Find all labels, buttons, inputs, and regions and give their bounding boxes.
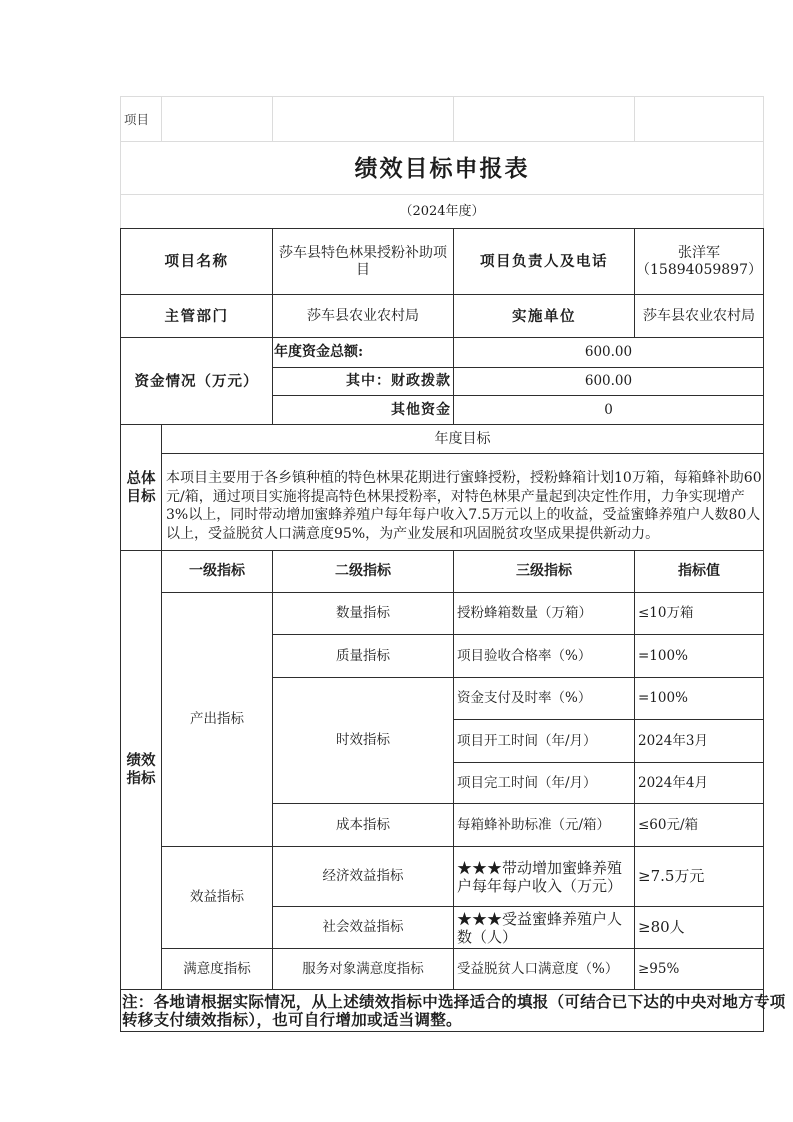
column-header-level3: 三级指标 — [453, 550, 635, 593]
level1-label: 满意度指标 — [183, 961, 251, 978]
indicator-value: ≥80人 — [638, 919, 685, 936]
indicators-label-cell: 绩效指标 — [120, 550, 162, 990]
level2-label: 质量指标 — [336, 648, 390, 665]
project-name-cell: 莎车县特色林果授粉补助项目 — [272, 228, 454, 295]
level3-cell: 受益脱贫人口满意度（%） — [453, 948, 635, 990]
owner-phone: （15894059897） — [636, 262, 762, 279]
funding-fiscal-label-cell: 其中：财政拨款 — [272, 367, 454, 396]
level1-benefit: 效益指标 — [161, 846, 273, 949]
title-cell: 绩效目标申报表 — [120, 141, 764, 195]
level3-cell: 项目验收合格率（%） — [453, 634, 635, 678]
level3-label: 每箱蜂补助标准（元/箱） — [457, 817, 610, 834]
indicator-value-cell: ≤60元/箱 — [634, 803, 764, 847]
implementer-cell: 莎车县农业农村局 — [634, 294, 764, 338]
goal-header: 年度目标 — [435, 431, 491, 448]
indicator-value: 2024年4月 — [638, 775, 708, 792]
funding-total-label: 年度资金总额: — [274, 344, 363, 361]
goal-label: 总体目标 — [126, 470, 156, 506]
level3-label: 项目完工时间（年/月） — [457, 775, 597, 792]
empty-cell — [453, 96, 635, 142]
level2-label: 数量指标 — [336, 605, 390, 622]
level1-label: 产出指标 — [190, 711, 244, 728]
level3-cell: ★★★带动增加蜜蜂养殖户每年每户收入（万元） — [453, 846, 635, 907]
empty-cell — [634, 96, 764, 142]
empty-cell — [272, 96, 454, 142]
footnote-cell: 注：各地请根据实际情况，从上述绩效指标中选择适合的填报（可结合已下达的中央对地方… — [120, 989, 764, 1032]
project-name-label: 项目名称 — [165, 253, 229, 270]
department-label: 主管部门 — [165, 308, 229, 325]
indicator-value-cell: ≥95% — [634, 948, 764, 990]
level2-quality: 质量指标 — [272, 634, 454, 678]
level1-label: 效益指标 — [190, 889, 244, 906]
level3-label: 受益脱贫人口满意度（%） — [457, 961, 618, 978]
level2-timeliness: 时效指标 — [272, 677, 454, 804]
level3-label: 项目验收合格率（%） — [457, 648, 591, 665]
indicator-value-cell: =100% — [634, 634, 764, 678]
level2-quantity: 数量指标 — [272, 592, 454, 635]
project-label: 项目 — [124, 111, 149, 128]
level3-cell: ★★★受益蜜蜂养殖户人数（人） — [453, 906, 635, 949]
owner-name: 张洋军 — [678, 245, 720, 262]
level2-label: 服务对象满意度指标 — [302, 961, 424, 978]
funding-fiscal-label: 其中：财政拨款 — [346, 373, 451, 390]
goal-text-line: 元/箱，通过项目实施将提高特色林果授粉率，对特色林果产量起到决定性作用，力争实现… — [166, 488, 745, 507]
page-title: 绩效目标申报表 — [355, 160, 530, 177]
level3-label: 项目开工时间（年/月） — [457, 733, 597, 750]
column-header-label: 一级指标 — [189, 563, 245, 580]
empty-cell — [161, 96, 273, 142]
goal-text-line: 本项目主要用于各乡镇种植的特色林果花期进行蜜蜂授粉，授粉蜂箱计划10万箱，每箱蜂… — [166, 469, 762, 488]
level3-cell: 项目开工时间（年/月） — [453, 719, 635, 763]
indicator-value-cell: ≥7.5万元 — [634, 846, 764, 907]
funding-fiscal-value: 600.00 — [585, 373, 632, 390]
level3-label: 资金支付及时率（%） — [457, 690, 591, 707]
level2-label: 经济效益指标 — [323, 868, 404, 885]
column-header-level1: 一级指标 — [161, 550, 273, 593]
column-header-level2: 二级指标 — [272, 550, 454, 593]
owner-label: 项目负责人及电话 — [480, 253, 608, 270]
indicator-value-cell: 2024年3月 — [634, 719, 764, 763]
goal-text-line: 以上，受益脱贫人口满意度95%，为产业发展和巩固脱贫攻坚成果提供新动力。 — [166, 525, 659, 544]
level3-label: ★★★受益蜜蜂养殖户人数（人） — [457, 910, 628, 946]
level2-label: 成本指标 — [336, 817, 390, 834]
indicator-value: ≥95% — [638, 961, 679, 978]
project-label-cell: 项目 — [120, 96, 162, 142]
indicator-value-cell: ≥80人 — [634, 906, 764, 949]
indicator-value-cell: ≤10万箱 — [634, 592, 764, 635]
project-name-label-cell: 项目名称 — [120, 228, 273, 295]
subtitle-cell: （2024年度） — [120, 194, 764, 229]
level2-service-satisfaction: 服务对象满意度指标 — [272, 948, 454, 990]
level2-social: 社会效益指标 — [272, 906, 454, 949]
column-header-value: 指标值 — [634, 550, 764, 593]
indicator-value-cell: 2024年4月 — [634, 762, 764, 804]
footnote-line: 转移支付绩效指标），也可自行增加或适当调整。 — [122, 1011, 462, 1029]
level3-cell: 项目完工时间（年/月） — [453, 762, 635, 804]
funding-other-label: 其他资金 — [391, 402, 451, 419]
level3-label: ★★★带动增加蜜蜂养殖户每年每户收入（万元） — [457, 859, 628, 895]
goal-label-cell: 总体目标 — [120, 424, 162, 551]
footnote-line: 注：各地请根据实际情况，从上述绩效指标中选择适合的填报（可结合已下达的中央对地方… — [122, 993, 786, 1011]
department-label-cell: 主管部门 — [120, 294, 273, 338]
funding-fiscal-value-cell: 600.00 — [453, 367, 764, 396]
funding-other-value: 0 — [604, 402, 613, 419]
funding-other-label-cell: 其他资金 — [272, 395, 454, 425]
indicator-value: ≥7.5万元 — [638, 868, 704, 885]
level2-label: 时效指标 — [336, 732, 390, 749]
goal-header-cell: 年度目标 — [161, 424, 764, 454]
funding-label: 资金情况（万元） — [135, 373, 259, 390]
owner-cell: 张洋军 （15894059897） — [634, 228, 764, 295]
project-name: 莎车县特色林果授粉补助项目 — [277, 245, 449, 279]
implementer-label: 实施单位 — [512, 308, 576, 325]
funding-label-cell: 资金情况（万元） — [120, 337, 273, 425]
level1-output: 产出指标 — [161, 592, 273, 847]
funding-total-label-cell: 年度资金总额: — [272, 337, 454, 368]
level3-cell: 授粉蜂箱数量（万箱） — [453, 592, 635, 635]
level1-satisfaction: 满意度指标 — [161, 948, 273, 990]
level3-cell: 每箱蜂补助标准（元/箱） — [453, 803, 635, 847]
funding-total-value: 600.00 — [585, 344, 632, 361]
goal-text-cell: 本项目主要用于各乡镇种植的特色林果花期进行蜜蜂授粉，授粉蜂箱计划10万箱，每箱蜂… — [161, 453, 764, 551]
indicator-value: ≤60元/箱 — [638, 817, 698, 834]
column-header-label: 三级指标 — [516, 563, 572, 580]
indicator-value: 2024年3月 — [638, 733, 708, 750]
department-cell: 莎车县农业农村局 — [272, 294, 454, 338]
owner-label-cell: 项目负责人及电话 — [453, 228, 635, 295]
indicator-value: =100% — [638, 690, 688, 707]
implementer: 莎车县农业农村局 — [643, 308, 755, 325]
level2-cost: 成本指标 — [272, 803, 454, 847]
goal-text-line: 3%以上，同时带动增加蜜蜂养殖户每年每户收入7.5万元以上的收益，受益蜜蜂养殖户… — [166, 506, 760, 525]
department: 莎车县农业农村局 — [307, 308, 419, 325]
funding-other-value-cell: 0 — [453, 395, 764, 425]
indicator-value-cell: =100% — [634, 677, 764, 720]
level2-economic: 经济效益指标 — [272, 846, 454, 907]
level3-label: 授粉蜂箱数量（万箱） — [457, 605, 592, 622]
level2-label: 社会效益指标 — [323, 919, 404, 936]
indicators-label: 绩效指标 — [126, 752, 156, 788]
funding-total-value-cell: 600.00 — [453, 337, 764, 368]
level3-cell: 资金支付及时率（%） — [453, 677, 635, 720]
column-header-label: 指标值 — [678, 563, 720, 580]
indicator-value: ≤10万箱 — [638, 605, 694, 622]
column-header-label: 二级指标 — [335, 563, 391, 580]
fiscal-year: （2024年度） — [399, 203, 484, 220]
implementer-label-cell: 实施单位 — [453, 294, 635, 338]
indicator-value: =100% — [638, 648, 688, 665]
